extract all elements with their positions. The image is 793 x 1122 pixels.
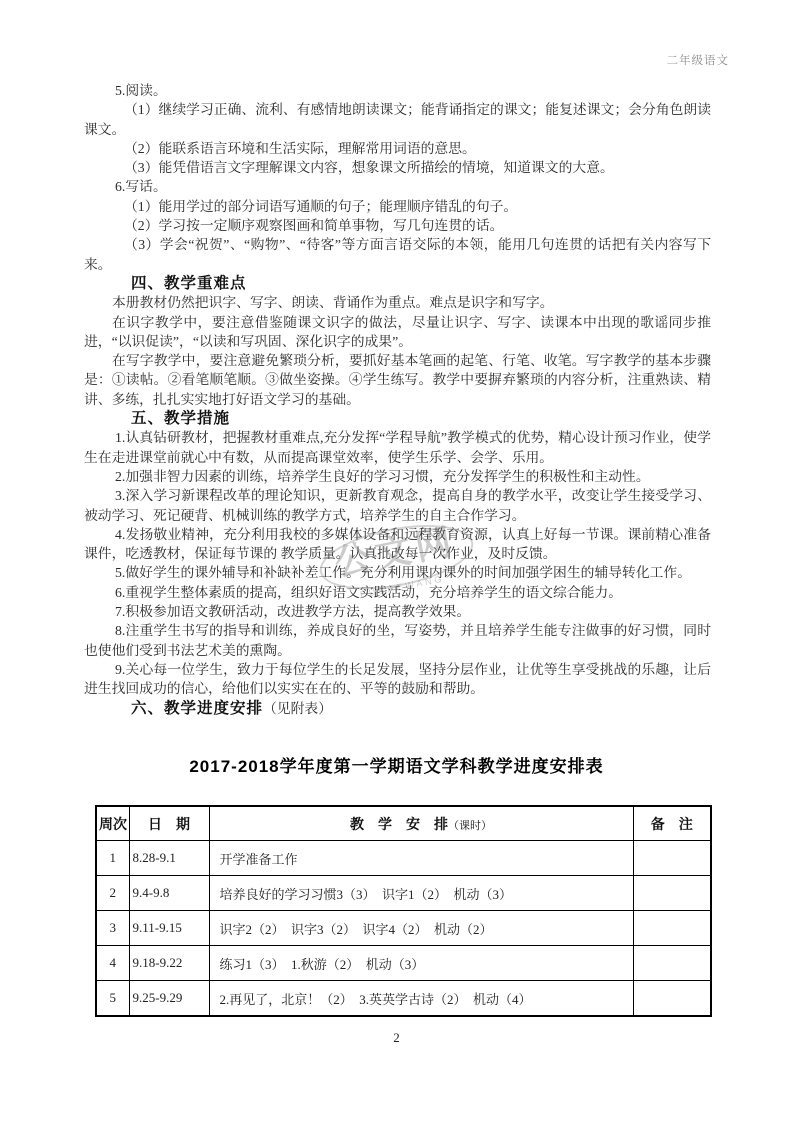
paragraph: 6.写话。 <box>84 177 711 196</box>
cell-week: 4 <box>96 946 129 981</box>
section-heading: 五、教学措施 <box>131 409 711 428</box>
cell-date: 9.18-9.22 <box>129 946 209 981</box>
cell-week: 3 <box>96 911 129 946</box>
paragraph: （2）学习按一定顺序观察图画和简单事物，写几句连贯的话。 <box>84 216 711 235</box>
paragraph: 在写字教学中，要注意避免繁琐分析，要抓好基本笔画的起笔、行笔、收笔。写字教学的基… <box>84 351 711 409</box>
paragraph: 8.注重学生书写的指导和训练，养成良好的坐，写姿势，并且培养学生能专注做事的好习… <box>84 621 711 660</box>
paragraph: （3）能凭借语言文字理解课文内容，想象课文所描绘的情境，知道课文的大意。 <box>84 158 711 177</box>
cell-arrangement: 培养良好的学习习惯3（3） 识字1（2） 机动（3） <box>209 876 633 911</box>
paragraph: （2）能联系语言环境和生活实际，理解常用词语的意思。 <box>84 139 711 158</box>
paragraph: 6.重视学生整体素质的提高，组织好语文实践活动，充分培养学生的语文综合能力。 <box>84 583 711 602</box>
paragraph: （1）继续学习正确、流利、有感情地朗读课文；能背诵指定的课文；能复述课文；会分角… <box>84 100 711 139</box>
paragraph: （1）能用学过的部分词语写通顺的句子；能理顺序错乱的句子。 <box>84 197 711 216</box>
cell-remark <box>633 876 711 911</box>
cell-arrangement: 2.再见了，北京！（2） 3.英英学古诗（2） 机动（4） <box>209 981 633 1017</box>
schedule-row: 59.25-9.292.再见了，北京！（2） 3.英英学古诗（2） 机动（4） <box>96 981 711 1017</box>
schedule-header-row: 周次 日 期 教 学 安 排（课时） 备 注 <box>96 806 711 841</box>
cell-remark <box>633 946 711 981</box>
cell-remark <box>633 911 711 946</box>
section-heading: 六、教学进度安排（见附表） <box>131 699 711 718</box>
column-header-week: 周次 <box>96 806 129 841</box>
schedule-table: 周次 日 期 教 学 安 排（课时） 备 注 18.28-9.1开学准备工作29… <box>95 805 712 1017</box>
paragraph: 5.做好学生的课外辅导和补缺补差工作。充分利用课内课外的时间加强学困生的辅导转化… <box>84 563 711 582</box>
cell-week: 5 <box>96 981 129 1017</box>
paragraph: （3）学会“祝贺”、“购物”、“待客”等方面言语交际的本领，能用几句连贯的话把有… <box>84 235 711 274</box>
paragraph: 本册教材仍然把识字、写字、朗读、背诵作为重点。难点是识字和写字。 <box>84 293 711 312</box>
schedule-row: 18.28-9.1开学准备工作 <box>96 841 711 876</box>
page-header-right: 二年级语文 <box>667 52 730 68</box>
cell-week: 2 <box>96 876 129 911</box>
schedule-row: 29.4-9.8培养良好的学习习惯3（3） 识字1（2） 机动（3） <box>96 876 711 911</box>
schedule-row: 49.18-9.22练习1（3） 1.秋游（2） 机动（3） <box>96 946 711 981</box>
column-header-arrangement: 教 学 安 排（课时） <box>209 806 633 841</box>
cell-week: 1 <box>96 841 129 876</box>
cell-arrangement: 练习1（3） 1.秋游（2） 机动（3） <box>209 946 633 981</box>
cell-arrangement: 识字2（2） 识字3（2） 识字4（2） 机动（2） <box>209 911 633 946</box>
paragraph: 3.深入学习新课程改革的理论知识，更新教育观念，提高自身的教学水平，改变让学生接… <box>84 486 711 525</box>
cell-date: 9.4-9.8 <box>129 876 209 911</box>
column-header-arrangement-note: （课时） <box>448 820 492 832</box>
column-header-arrangement-label: 教 学 安 排 <box>350 816 448 832</box>
cell-arrangement: 开学准备工作 <box>209 841 633 876</box>
section-heading-suffix: （见附表） <box>263 701 332 716</box>
paragraph: 4.发扬敬业精神，充分利用我校的多媒体设备和远程教育资源，认真上好每一节课。课前… <box>84 525 711 564</box>
schedule-row: 39.11-9.15识字2（2） 识字3（2） 识字4（2） 机动（2） <box>96 911 711 946</box>
cell-date: 9.11-9.15 <box>129 911 209 946</box>
paragraph: 在识字教学中，要注意借鉴随课文识字的做法，尽量让识字、写字、读课本中出现的歌谣同… <box>84 313 711 352</box>
page-number: 2 <box>0 1030 793 1046</box>
paragraph: 2.加强非智力因素的训练，培养学生良好的学习习惯，充分发挥学生的积极性和主动性。 <box>84 467 711 486</box>
cell-remark <box>633 841 711 876</box>
column-header-remark: 备 注 <box>633 806 711 841</box>
document-page: 二年级语文 5.阅读。（1）继续学习正确、流利、有感情地朗读课文；能背诵指定的课… <box>0 0 793 1122</box>
cell-remark <box>633 981 711 1017</box>
section-heading: 四、教学重难点 <box>131 274 711 293</box>
column-header-date: 日 期 <box>129 806 209 841</box>
paragraph: 7.积极参加语文教研活动，改进教学方法，提高教学效果。 <box>84 602 711 621</box>
paragraph: 1.认真钻研教材，把握教材重难点,充分发挥“学程导航”教学模式的优势，精心设计预… <box>84 428 711 467</box>
cell-date: 8.28-9.1 <box>129 841 209 876</box>
document-body: 5.阅读。（1）继续学习正确、流利、有感情地朗读课文；能背诵指定的课文；能复述课… <box>84 81 711 718</box>
paragraph: 9.关心每一位学生，致力于每位学生的长足发展，坚持分层作业，让优等生享受挑战的乐… <box>84 660 711 699</box>
paragraph: 5.阅读。 <box>84 81 711 100</box>
section-heading-label: 六、教学进度安排 <box>131 700 263 717</box>
schedule-table-title: 2017-2018学年度第一学期语文学科教学进度安排表 <box>0 752 793 777</box>
cell-date: 9.25-9.29 <box>129 981 209 1017</box>
